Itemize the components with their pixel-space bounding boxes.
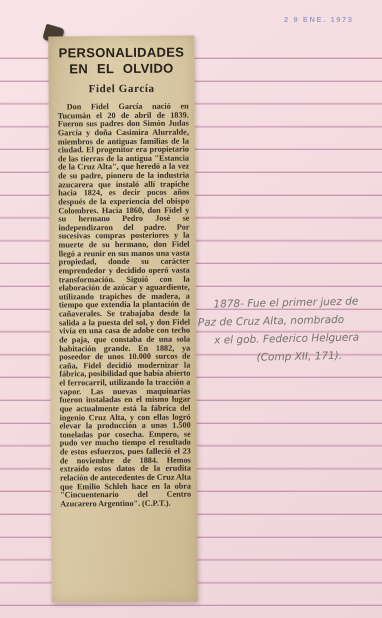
handwritten-note: 1878- Fue el primer juez de Paz de Cruz … [197, 292, 378, 368]
handwritten-note-line: 1878- Fue el primer juez de [197, 292, 377, 314]
section-headline-line2: EN EL OLVIDO [52, 61, 190, 78]
section-headline-line1: PERSONALIDADES [59, 45, 185, 61]
article-subject: Fidel García [49, 83, 195, 96]
scanned-notebook-page: { "page": { "stamp": "2 9 ENE. 1973", "h… [0, 0, 382, 618]
newspaper-clipping: PERSONALIDADES EN EL OLVIDO Fidel García… [48, 36, 197, 603]
handwritten-note-line: (Comp XII, 171). [198, 346, 378, 368]
date-stamp: 2 9 ENE. 1973 [284, 15, 354, 24]
section-headline: PERSONALIDADES EN EL OLVIDO [52, 45, 190, 78]
handwritten-note-line: x el gob. Federico Helguera [198, 328, 378, 350]
article-body: Don Fidel García nació en Tucumán el 20 … [58, 103, 191, 509]
